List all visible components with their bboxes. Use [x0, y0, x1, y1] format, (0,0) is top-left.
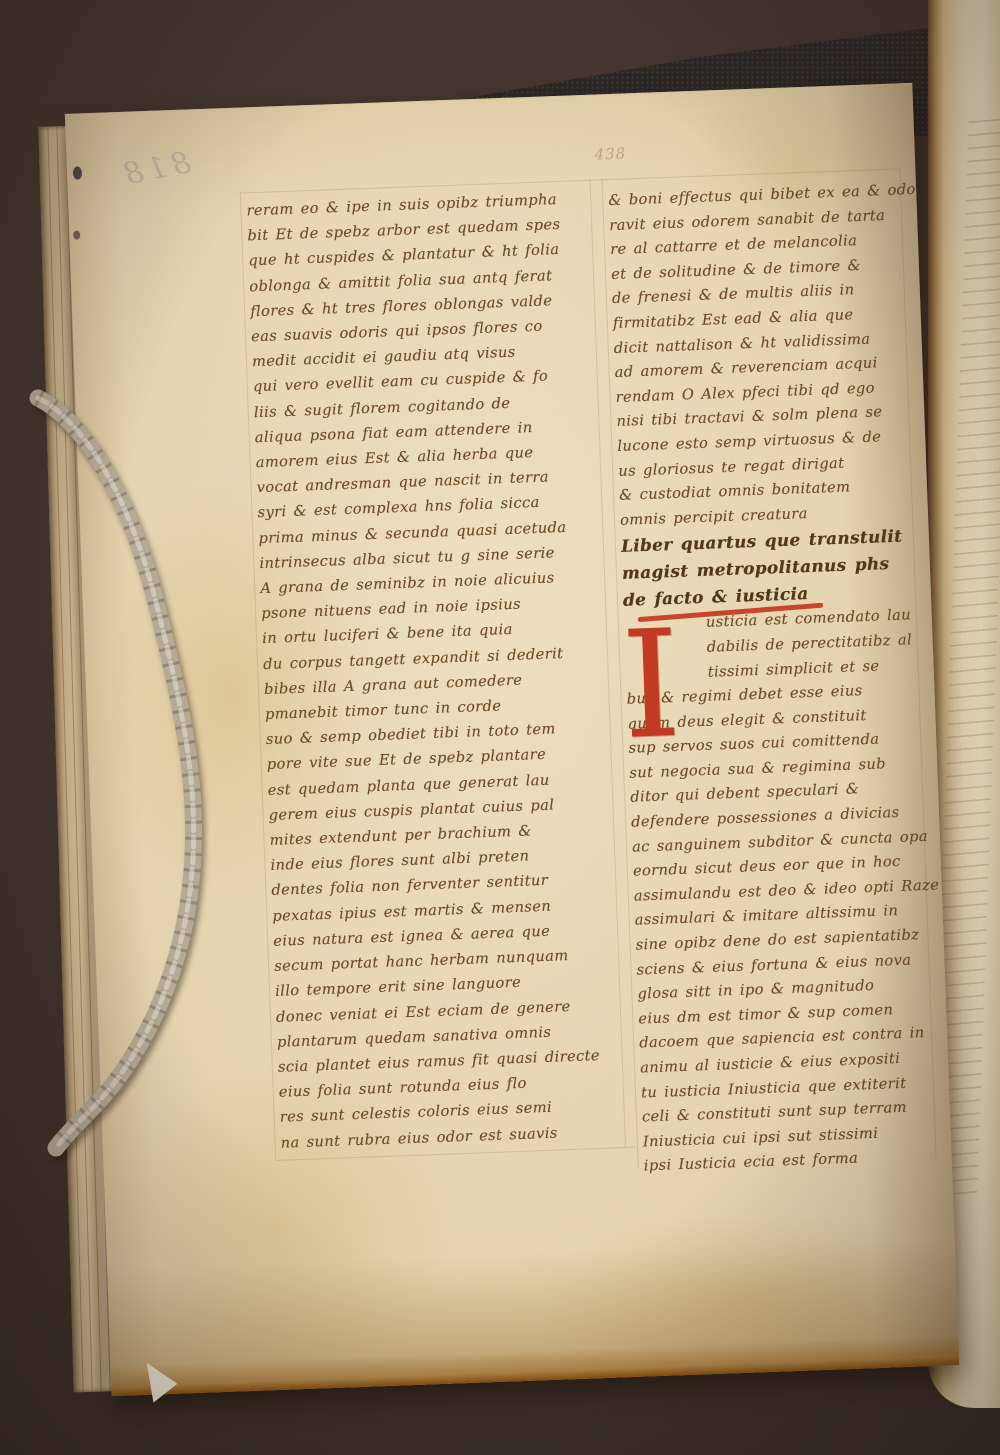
showthrough-numerals: 818: [116, 145, 194, 193]
ink-blot: [73, 166, 82, 179]
chapter-opening: I usticia est comendato laudabilis de pe…: [623, 603, 956, 1180]
text-column-left: reram eo & ipe in suis opibz triumphabit…: [246, 186, 629, 1156]
right-column-upper: & boni effectus qui bibet ex ea & odorav…: [608, 178, 932, 534]
folio-number: 438: [594, 144, 626, 163]
manuscript-page: 818 438 reram eo & ipe in suis opibz tri…: [65, 83, 959, 1396]
text-column-right: & boni effectus qui bibet ex ea & odorav…: [608, 178, 956, 1180]
bottom-edge-stain: [111, 1335, 960, 1396]
red-initial: I: [620, 613, 710, 768]
ink-dot: [73, 230, 80, 239]
